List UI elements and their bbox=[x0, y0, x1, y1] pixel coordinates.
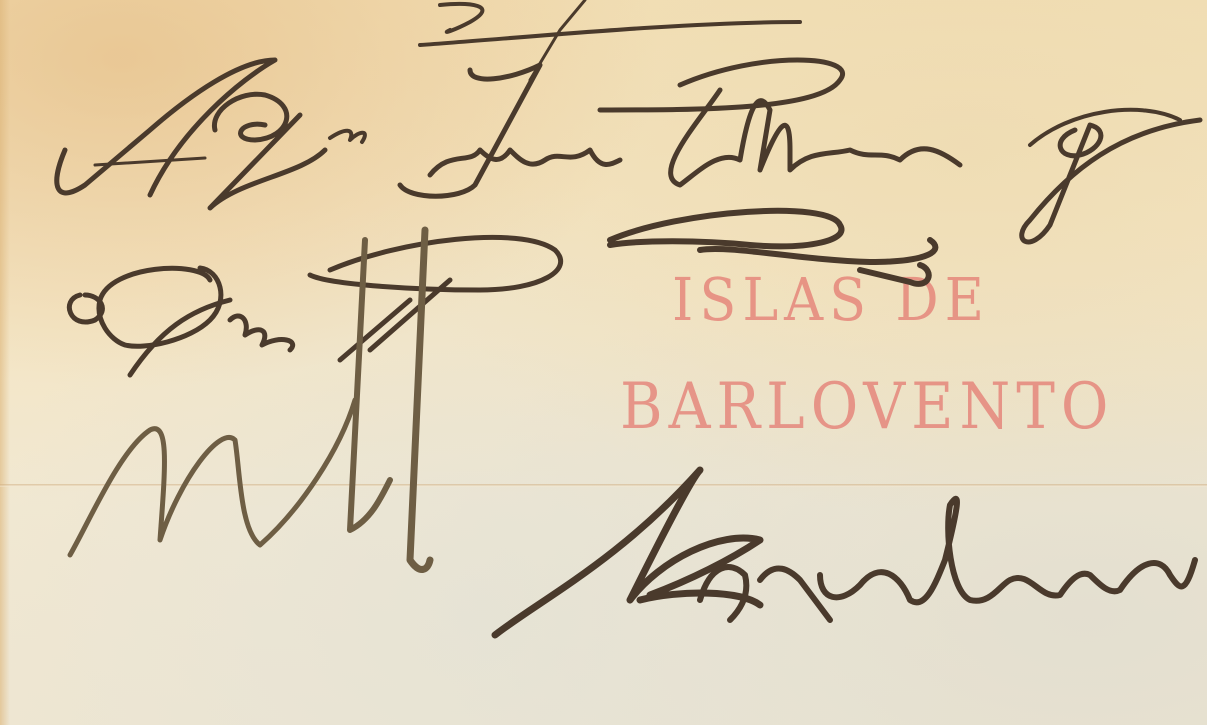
letter-cover: ISLAS DE BARLOVENTO bbox=[0, 0, 1207, 725]
handwriting bbox=[0, 0, 1207, 725]
